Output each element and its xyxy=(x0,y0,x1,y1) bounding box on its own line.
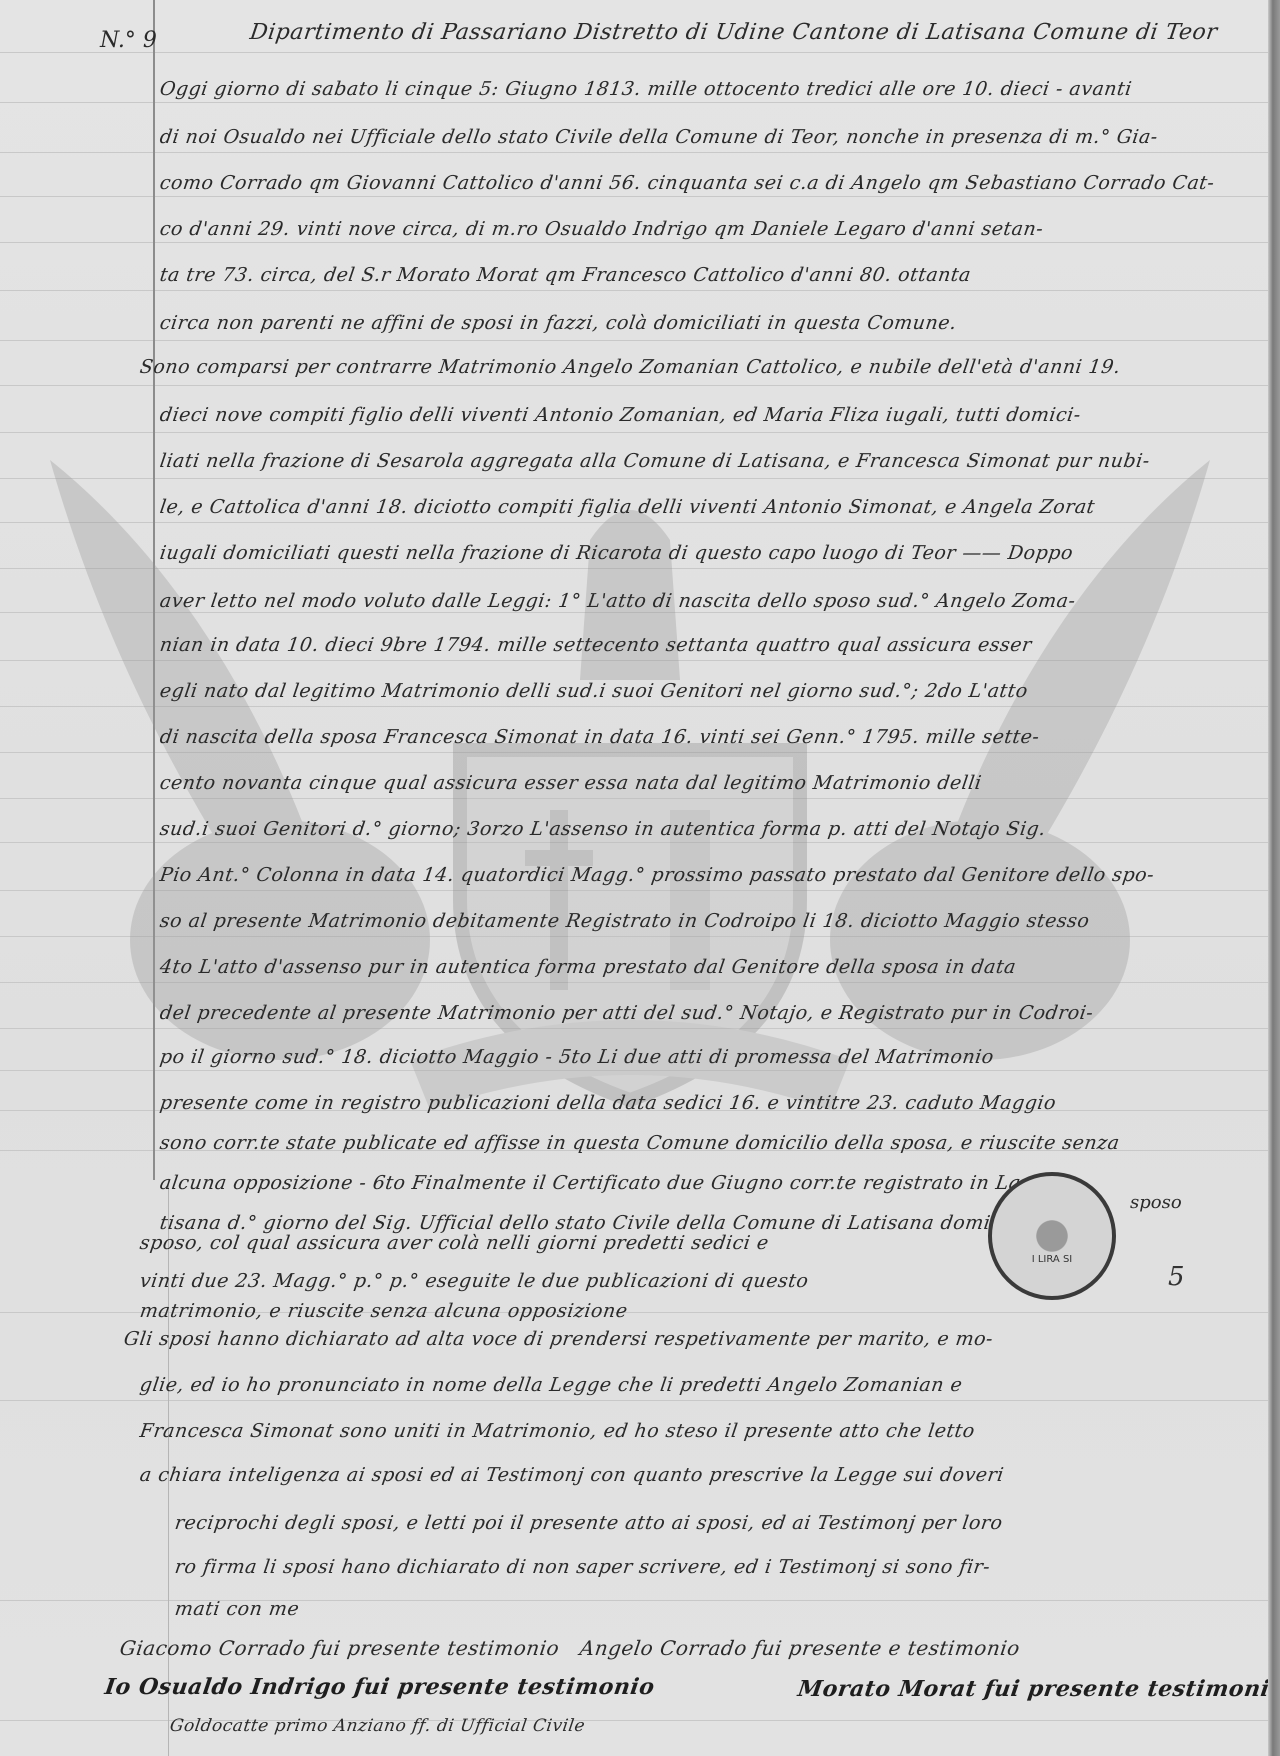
page-number: 5 xyxy=(1168,1262,1185,1292)
revenue-stamp: I LIRA SI xyxy=(988,1172,1116,1300)
body-line: como Corrado qm Giovanni Cattolico d'ann… xyxy=(158,172,1216,194)
body-line: cento novanta cinque qual assicura esser… xyxy=(158,772,983,794)
body-line: ta tre 73. circa, del S.r Morato Morat q… xyxy=(158,264,972,286)
body-line: liati nella frazione di Sesarola aggrega… xyxy=(158,450,1151,472)
body-line: egli nato dal legitimo Matrimonio delli … xyxy=(158,680,1029,702)
conclusion-line: a chiara inteligenza ai sposi ed ai Test… xyxy=(138,1464,1005,1486)
conclusion-line: ro firma li sposi hano dichiarato di non… xyxy=(173,1556,991,1578)
record-number: N.° 9 xyxy=(100,28,157,53)
body-line: circa non parenti ne affini de sposi in … xyxy=(158,312,958,334)
body-line: alcuna opposizione - 6to Finalmente il C… xyxy=(158,1172,1029,1194)
body-line: tisana d.° giorno del Sig. Ufficial dell… xyxy=(158,1212,1072,1234)
conclusion-line: matrimonio, e riuscite senza alcuna oppo… xyxy=(138,1300,629,1322)
conclusion-line: Gli sposi hanno dichiarato ad alta voce … xyxy=(122,1328,994,1350)
body-line: so al presente Matrimonio debitamente Re… xyxy=(158,910,1091,932)
conclusion-line: glie, ed io ho pronunciato in nome della… xyxy=(138,1374,963,1396)
body-line: Pio Ant.° Colonna in data 14. quatordici… xyxy=(158,864,1155,886)
conclusion-line: Francesca Simonat sono uniti in Matrimon… xyxy=(138,1420,976,1442)
body-line: Oggi giorno di sabato li cinque 5: Giugn… xyxy=(158,78,1133,100)
stamp-label: I LIRA SI xyxy=(992,1254,1112,1265)
body-line: del precedente al presente Matrimonio pe… xyxy=(158,1002,1094,1024)
body-line: di noi Osualdo nei Ufficiale dello stato… xyxy=(158,126,1159,148)
signature-official: Goldocatte primo Anziano ff. di Ufficial… xyxy=(169,1716,587,1736)
record-header: Dipartimento di Passariano Distretto di … xyxy=(248,20,1219,45)
body-line: aver letto nel modo voluto dalle Leggi: … xyxy=(158,590,1077,612)
body-line: le, e Cattolica d'anni 18. diciotto comp… xyxy=(158,496,1096,518)
body-line: di nascita della sposa Francesca Simonat… xyxy=(158,726,1040,748)
signature-giacomo-corrado: Giacomo Corrado fui presente testimonio xyxy=(118,1636,561,1660)
body-line: iugali domiciliati questi nella frazione… xyxy=(158,542,1074,564)
conclusion-line: sposo, col qual assicura aver colà nelli… xyxy=(138,1232,770,1254)
signature-osualdo-indrigo: Io Osualdo Indrigo fui presente testimon… xyxy=(103,1674,656,1700)
body-line: presente come in registro publicazioni d… xyxy=(158,1092,1057,1114)
document-page: N.° 9 Dipartimento di Passariano Distret… xyxy=(0,0,1280,1756)
conclusion-line: reciprochi degli sposi, e letti poi il p… xyxy=(173,1512,1004,1534)
body-line: nian in data 10. dieci 9bre 1794. mille … xyxy=(158,634,1033,656)
conclusion-line: vinti due 23. Magg.° p.° p.° eseguite le… xyxy=(138,1270,809,1292)
page-binding-edge xyxy=(1268,0,1280,1756)
body-line: sono corr.te state publicate ed affisse … xyxy=(158,1132,1121,1154)
signature-angelo-corrado: Angelo Corrado fui presente e testimonio xyxy=(578,1636,1021,1660)
signature-morato-morat: Morato Morat fui presente testimonio xyxy=(796,1676,1280,1702)
body-line: dieci nove compiti figlio delli viventi … xyxy=(158,404,1082,426)
body-line: po il giorno sud.° 18. diciotto Maggio -… xyxy=(158,1046,995,1068)
body-line-tail: sposo xyxy=(1130,1192,1182,1213)
body-line: co d'anni 29. vinti nove circa, di m.ro … xyxy=(158,218,1044,240)
conclusion-line: mati con me xyxy=(173,1598,300,1620)
body-line: sud.i suoi Genitori d.° giorno; 3orzo L'… xyxy=(158,818,1047,840)
body-line: Sono comparsi per contrarre Matrimonio A… xyxy=(138,356,1122,378)
body-line: 4to L'atto d'assenso pur in autentica fo… xyxy=(158,956,1017,978)
